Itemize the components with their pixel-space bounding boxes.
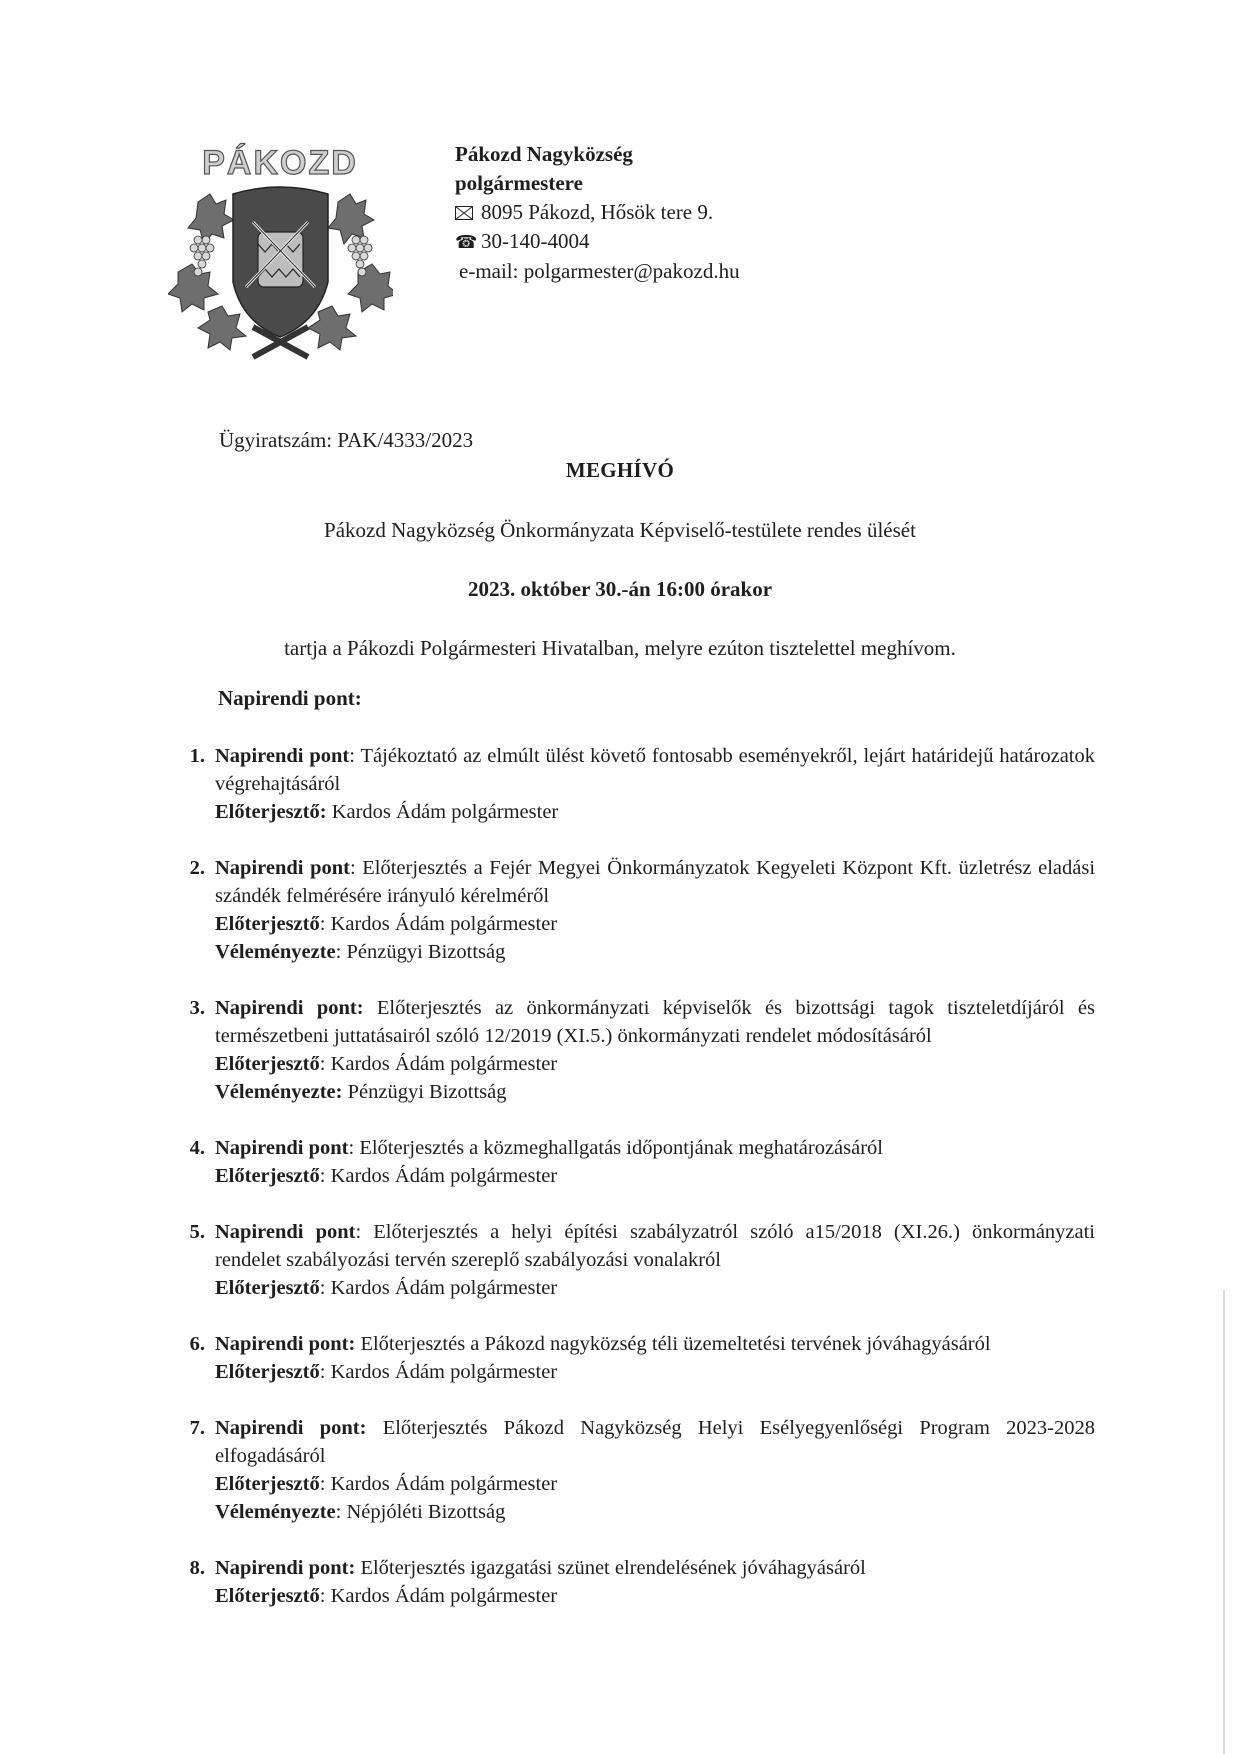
presenter-label: Előterjesztő: (215, 801, 327, 823)
reviewer-label: Véleményezte: (215, 1081, 342, 1103)
presenter-label: Előterjesztő (215, 913, 320, 935)
agenda-item-label: Napirendi pont (215, 1221, 355, 1243)
agenda-item-text: Előterjesztés a közmeghallgatás időpontj… (359, 1137, 883, 1159)
intro-text: Pákozd Nagyközség Önkormányzata Képvisel… (0, 518, 1240, 543)
agenda-item: 8. Napirendi pont: Előterjesztés igazgat… (175, 1554, 1095, 1610)
email: e-mail: polgarmester@pakozd.hu (455, 257, 740, 286)
agenda-heading: Napirendi pont: (218, 686, 362, 711)
reviewer-line: Véleményezte: Pénzügyi Bizottság (215, 1078, 1095, 1106)
label-colon: : (320, 1361, 326, 1383)
svg-text:PÁKOZD: PÁKOZD (202, 144, 358, 182)
agenda-item-text: Előterjesztés a Pákozd nagyközség téli ü… (360, 1333, 990, 1355)
presenter-label: Előterjesztő (215, 1053, 320, 1075)
reviewer-label: Véleményezte (215, 1501, 336, 1523)
letterhead: Pákozd Nagyközség polgármestere 8095 Pák… (455, 140, 740, 286)
meeting-place: tartja a Pákozdi Polgármesteri Hivatalba… (0, 636, 1240, 661)
label-colon: : (355, 1221, 361, 1243)
address: 8095 Pákozd, Hősök tere 9. (481, 200, 713, 224)
agenda-item-number: 7. (175, 1414, 215, 1526)
org-name: Pákozd Nagyközség (455, 140, 740, 169)
agenda-item-label: Napirendi pont: (215, 1333, 355, 1355)
presenter: Kardos Ádám polgármester (331, 1585, 558, 1607)
org-title: polgármestere (455, 169, 740, 198)
agenda-item-number: 5. (175, 1218, 215, 1302)
agenda-item: 6. Napirendi pont: Előterjesztés a Pákoz… (175, 1330, 1095, 1386)
reviewer-line: Véleményezte: Pénzügyi Bizottság (215, 938, 1095, 966)
agenda-item-number: 3. (175, 994, 215, 1106)
reviewer-label: Véleményezte (215, 941, 336, 963)
reviewer: Pénzügyi Bizottság (346, 941, 505, 963)
agenda-item-label: Napirendi pont (215, 745, 349, 767)
agenda-item-description: Napirendi pont: Előterjesztés az önkormá… (215, 994, 1095, 1050)
presenter: Kardos Ádám polgármester (331, 1473, 558, 1495)
presenter: Kardos Ádám polgármester (332, 801, 559, 823)
label-colon: : (320, 1585, 326, 1607)
agenda-item-number: 2. (175, 854, 215, 966)
agenda-item-description: Napirendi pont: Előterjesztés a közmegha… (215, 1134, 1095, 1162)
label-colon: : (336, 941, 342, 963)
presenter-label: Előterjesztő (215, 1361, 320, 1383)
agenda-item-number: 1. (175, 742, 215, 826)
document-title: MEGHÍVÓ (0, 458, 1240, 483)
agenda-item-description: Napirendi pont: Előterjesztés a Pákozd n… (215, 1330, 1095, 1358)
label-colon: : (336, 1501, 342, 1523)
label-colon: : (349, 745, 355, 767)
agenda-item: 7. Napirendi pont: Előterjesztés Pákozd … (175, 1414, 1095, 1526)
agenda-item-label: Napirendi pont: (215, 1557, 355, 1579)
agenda-item: 4. Napirendi pont: Előterjesztés a közme… (175, 1134, 1095, 1190)
presenter-label: Előterjesztő (215, 1473, 320, 1495)
label-colon: : (320, 1053, 326, 1075)
agenda-item-number: 6. (175, 1330, 215, 1386)
agenda-item: 1. Napirendi pont: Tájékoztató az elmúlt… (175, 742, 1095, 826)
presenter-line: Előterjesztő: Kardos Ádám polgármester (215, 1582, 1095, 1610)
scan-edge-line (1223, 1290, 1225, 1754)
presenter-line: Előterjesztő: Kardos Ádám polgármester (215, 1470, 1095, 1498)
label-colon: : (320, 1473, 326, 1495)
presenter-line: Előterjesztő: Kardos Ádám polgármester (215, 1050, 1095, 1078)
reviewer-line: Véleményezte: Népjóléti Bizottság (215, 1498, 1095, 1526)
agenda-item-label: Napirendi pont (215, 857, 350, 879)
phone-line: ☎30-140-4004 (455, 227, 740, 257)
agenda-list: 1. Napirendi pont: Tájékoztató az elmúlt… (175, 742, 1095, 1638)
phone: 30-140-4004 (481, 229, 590, 253)
agenda-item-description: Napirendi pont: Előterjesztés a helyi ép… (215, 1218, 1095, 1274)
presenter-line: Előterjesztő: Kardos Ádám polgármester (215, 910, 1095, 938)
envelope-icon (455, 206, 473, 220)
agenda-item: 2. Napirendi pont: Előterjesztés a Fejér… (175, 854, 1095, 966)
reviewer: Pénzügyi Bizottság (348, 1081, 507, 1103)
presenter-label: Előterjesztő (215, 1165, 320, 1187)
presenter-label: Előterjesztő (215, 1585, 320, 1607)
agenda-item-number: 4. (175, 1134, 215, 1190)
presenter-line: Előterjesztő: Kardos Ádám polgármester (215, 1162, 1095, 1190)
agenda-item: 5. Napirendi pont: Előterjesztés a helyi… (175, 1218, 1095, 1302)
agenda-item-label: Napirendi pont (215, 1137, 348, 1159)
label-colon: : (350, 857, 356, 879)
presenter-line: Előterjesztő: Kardos Ádám polgármester (215, 1274, 1095, 1302)
agenda-item-description: Napirendi pont: Előterjesztés Pákozd Nag… (215, 1414, 1095, 1470)
agenda-item-description: Napirendi pont: Előterjesztés igazgatási… (215, 1554, 1095, 1582)
reviewer: Népjóléti Bizottság (346, 1501, 505, 1523)
presenter: Kardos Ádám polgármester (331, 1277, 558, 1299)
agenda-item: 3. Napirendi pont: Előterjesztés az önko… (175, 994, 1095, 1106)
presenter-line: Előterjesztő: Kardos Ádám polgármester (215, 798, 1095, 826)
agenda-item-description: Napirendi pont: Tájékoztató az elmúlt ül… (215, 742, 1095, 798)
presenter: Kardos Ádám polgármester (331, 913, 558, 935)
presenter-line: Előterjesztő: Kardos Ádám polgármester (215, 1358, 1095, 1386)
presenter: Kardos Ádám polgármester (331, 1361, 558, 1383)
address-line: 8095 Pákozd, Hősök tere 9. (455, 198, 740, 227)
label-colon: : (320, 1165, 326, 1187)
label-colon: : (320, 1277, 326, 1299)
meeting-datetime: 2023. október 30.-án 16:00 órakor (0, 577, 1240, 602)
agenda-item-label: Napirendi pont: (215, 1417, 366, 1439)
agenda-item-number: 8. (175, 1554, 215, 1610)
presenter-label: Előterjesztő (215, 1277, 320, 1299)
agenda-item-label: Napirendi pont: (215, 997, 364, 1019)
presenter: Kardos Ádám polgármester (331, 1165, 558, 1187)
label-colon: : (348, 1137, 354, 1159)
label-colon: : (320, 913, 326, 935)
coat-of-arms-logo: PÁKOZD (168, 132, 393, 372)
telephone-icon: ☎ (455, 228, 473, 257)
case-number: Ügyiratszám: PAK/4333/2023 (219, 428, 473, 453)
agenda-item-text: Előterjesztés igazgatási szünet elrendel… (360, 1557, 865, 1579)
agenda-item-description: Napirendi pont: Előterjesztés a Fejér Me… (215, 854, 1095, 910)
presenter: Kardos Ádám polgármester (331, 1053, 558, 1075)
